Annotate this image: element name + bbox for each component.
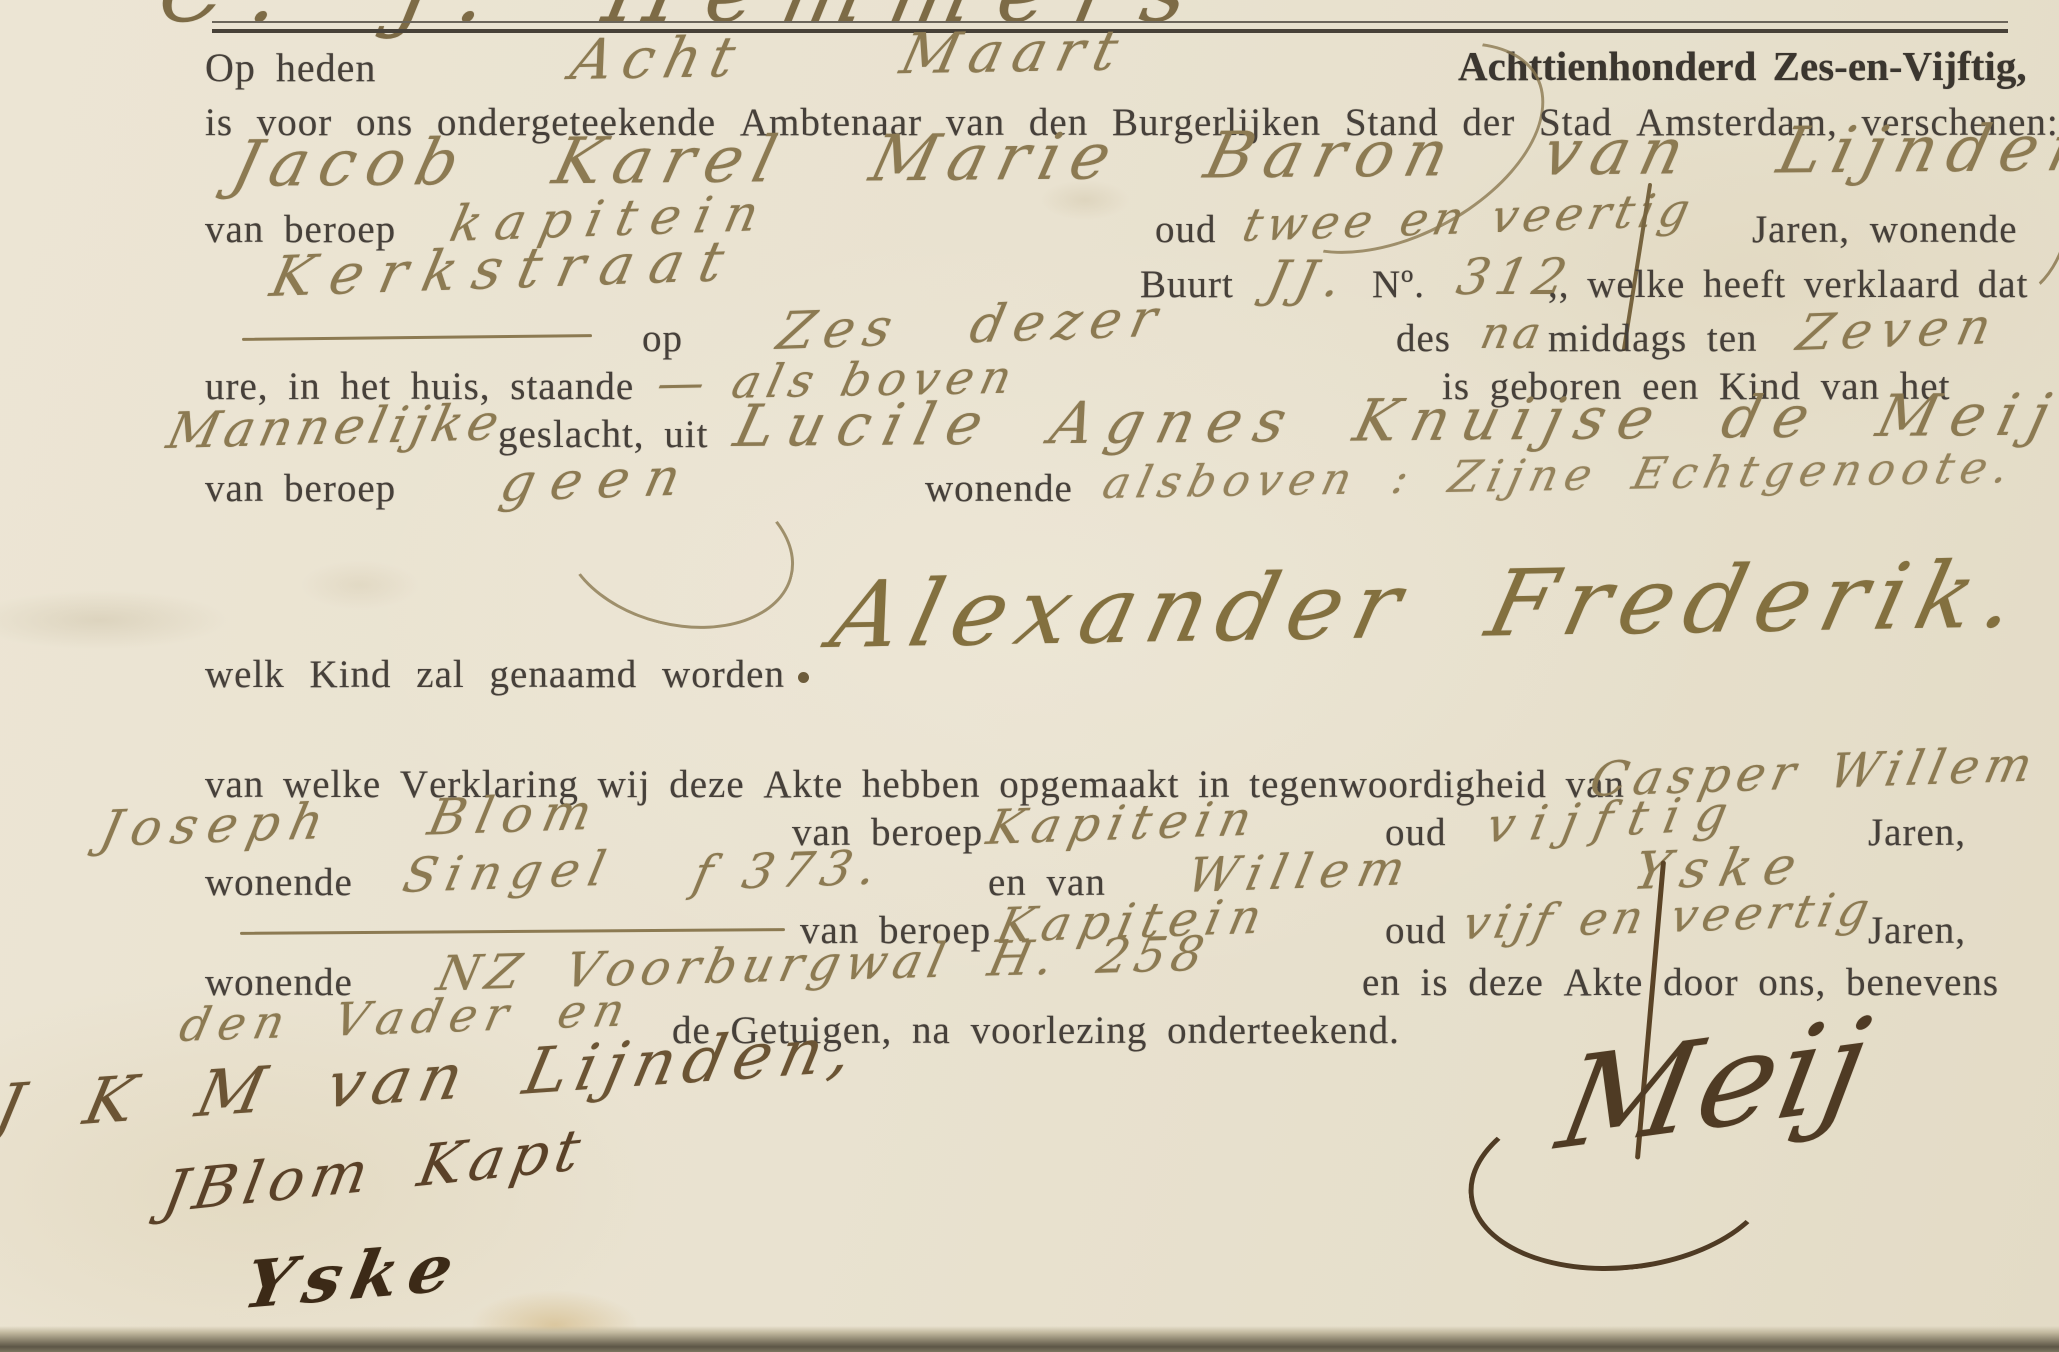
- label-year: Achttienhonderd Zes-en-Vijftig,: [1458, 42, 2027, 90]
- label-kind-naam: welk Kind zal genaamd worden: [205, 652, 785, 697]
- label-wonende-2: wonende: [205, 860, 353, 905]
- label-van-beroep-2: van beroep: [205, 466, 396, 511]
- label-oud-1: oud: [1155, 207, 1217, 252]
- hw-buurt-code: JJ.: [1262, 250, 1354, 308]
- label-akte-slot: en is deze Akte door ons, benevens: [1362, 960, 1999, 1005]
- label-oud-3: oud: [1385, 908, 1447, 953]
- hw-witness1-houseno: f 373.: [688, 839, 889, 902]
- page-bottom-edge: [0, 1326, 2059, 1352]
- label-jaren-2: Jaren,: [1868, 908, 1966, 953]
- hw-ampm: na: [1476, 308, 1549, 359]
- birth-certificate-scan: C. J. Hemmers Op heden Acht Maart Achtti…: [0, 0, 2059, 1352]
- label-des: des: [1396, 316, 1451, 361]
- label-no: Nº.: [1372, 262, 1425, 307]
- label-middags-ten: middags ten: [1548, 316, 1758, 361]
- hw-sex: Mannelijke: [162, 393, 509, 460]
- signature-witness2: Yske: [238, 1228, 470, 1324]
- hw-witness2-age: vijf en veertig: [1458, 882, 1879, 950]
- hw-birth-hour: Zeven: [1792, 297, 2005, 362]
- pen-dash-1: [242, 334, 592, 341]
- pen-dash-2: [240, 928, 785, 935]
- hw-witness1-street: Singel: [398, 841, 619, 904]
- ink-dot: [798, 672, 809, 683]
- hw-date: Acht Maart: [565, 18, 1134, 93]
- label-jaren-wonende: Jaren, wonende: [1752, 207, 2018, 252]
- paper-showthrough: [0, 590, 230, 650]
- hw-child-name: Alexander Frederik.: [822, 541, 2038, 669]
- label-wonende-1: wonende: [925, 466, 1073, 511]
- signature-witness1: JBlom Kapt: [158, 1115, 591, 1226]
- label-op-heden: Op heden: [205, 44, 376, 91]
- label-op: op: [642, 316, 683, 361]
- paper-foxing-2: [300, 560, 420, 610]
- label-jaren-1: Jaren,: [1868, 810, 1966, 855]
- hw-declarant-name: Jacob Karel Marie Baron van Lijnden,: [225, 111, 2059, 202]
